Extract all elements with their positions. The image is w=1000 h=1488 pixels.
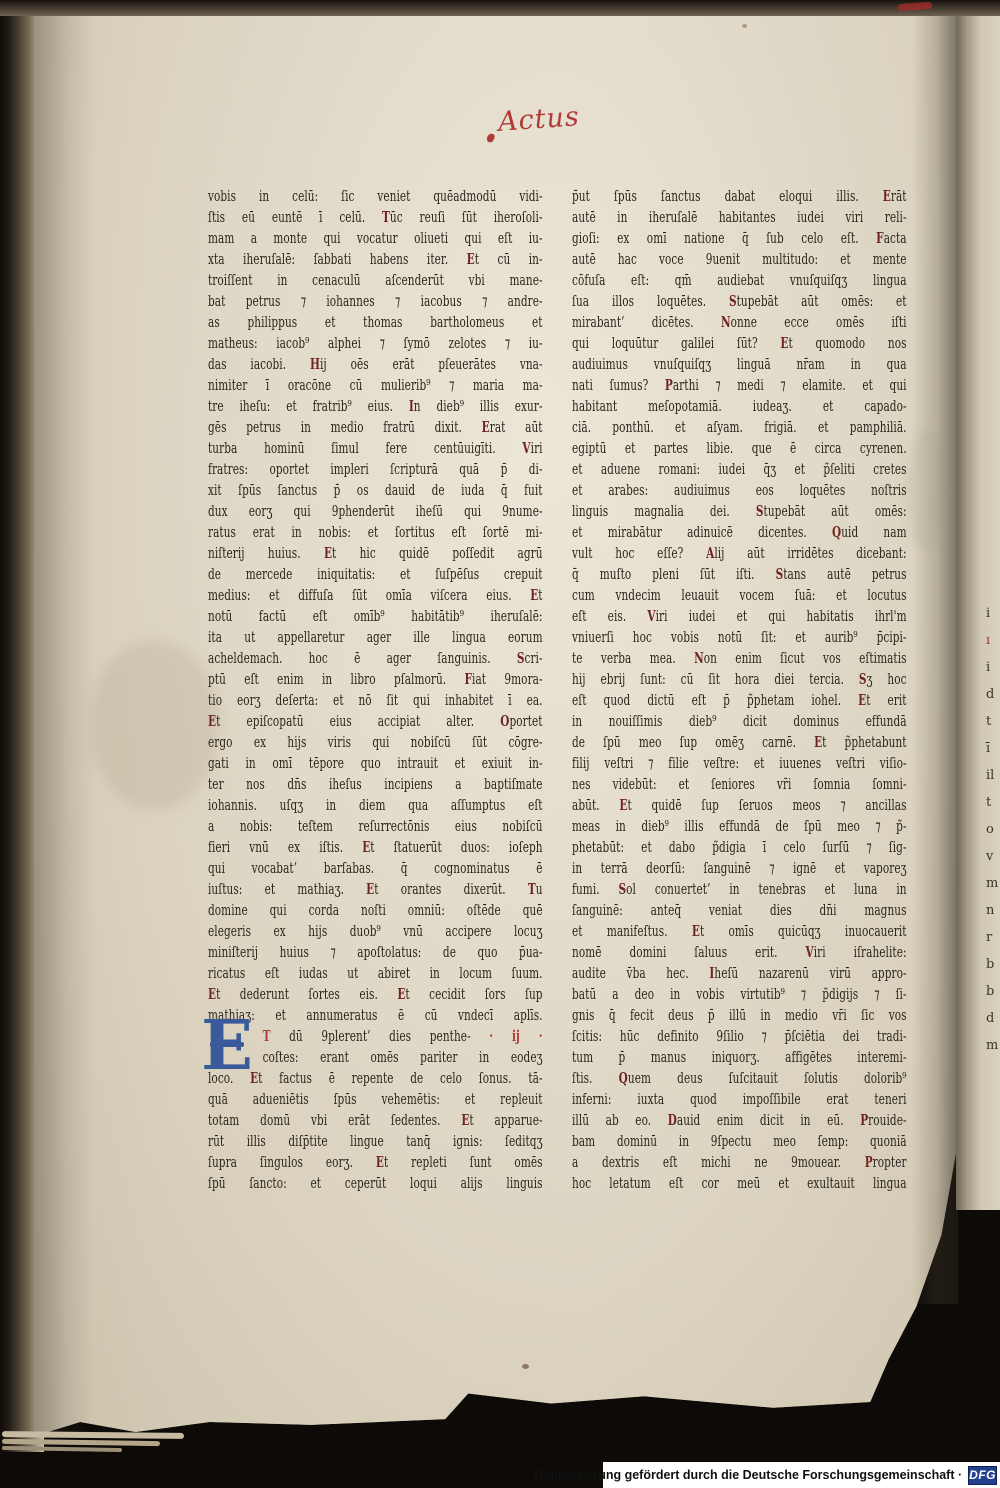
rubricated-capital: T [528, 880, 536, 898]
top-binding-edge [0, 0, 1000, 16]
running-header: Actus [497, 101, 581, 138]
text-line: dux eorʒ qui 9phenderūt iheſū qui 9nume- [208, 501, 543, 522]
rubricated-capital: Q [832, 523, 841, 541]
text-line: p̄ut ſpūs ſanctus dabat eloqui illis. Er… [572, 186, 907, 207]
text-line: egiptū et partes libie. que ē circa cyre… [572, 438, 907, 459]
rubricated-capital: E [467, 250, 475, 268]
margin-letter-fragment: m [956, 1032, 1000, 1059]
margin-letter-fragment: il [956, 762, 1000, 789]
margin-letter-fragment: d [956, 1005, 1000, 1032]
text-line: in terrā deorſū: ſanguinē ⁊ ignē et vapo… [572, 858, 907, 879]
text-line: T dū 9plerent’ dies penthe- · ij · [208, 1026, 543, 1047]
footer-credit-bar: Digitalisierung gefördert durch die Deut… [603, 1462, 1000, 1488]
text-line: tio eorʒ deſerta: et nō ſit qui inhabite… [208, 690, 543, 711]
rubricated-capital: A [706, 544, 714, 562]
rubricated-capital: E [530, 586, 538, 604]
text-line: fieri vnū ex iſtis. Et ſtatuerūt duos: i… [208, 837, 543, 858]
margin-letter-fragment: ı [956, 627, 1000, 654]
text-line: ricatus eſt iudas ut abiret in locum ſuu… [208, 963, 543, 984]
rubricated-capital: E [461, 1111, 469, 1129]
rubricated-capital: S [859, 670, 867, 688]
rubricated-capital: Q [619, 1069, 628, 1087]
margin-letter-fragment: i [956, 600, 1000, 627]
text-line: bam dominū in 9ſpectu meo ſemp: quoniā [572, 1131, 907, 1152]
margin-fragments: iıidtīiltovmnrbbdm [956, 600, 1000, 1160]
text-line: domine qui corda noſti omniū: oſtēde quē [208, 900, 543, 921]
text-line: inferni: iuxta quod impoſſibile erat ten… [572, 1089, 907, 1110]
rubricated-capital: I [409, 397, 414, 415]
rubricated-capital: S [776, 565, 784, 583]
text-line: rūt illis diſp̄tite lingue tanq̄ ignis: … [208, 1131, 543, 1152]
text-line: nati ſumus? Parthi ⁊ medi ⁊ elamite. et … [572, 375, 907, 396]
margin-letter-fragment: o [956, 816, 1000, 843]
text-line: ſua illos loquētes. Stupebāt aūt omēs: e… [572, 291, 907, 312]
rubricated-capital: E [814, 733, 822, 751]
rubricated-capital: V [806, 943, 814, 961]
text-line: ſpū ſancto: et ceperūt loqui alijs lingu… [208, 1173, 543, 1194]
text-line: qui vocabat’ barſabas. q̄ cognominatus ē [208, 858, 543, 879]
text-line: ciā. ponthū. et aſyam. frigiā. et pamphi… [572, 417, 907, 438]
text-line: et aduene romani: iudei q̄ʒ et p̃ſeliti … [572, 459, 907, 480]
text-line: filij veſtri ⁊ filie veſtre: et iuuenes … [572, 753, 907, 774]
text-line: abūt. Et quidē ſup ſeruos meos ⁊ ancilla… [572, 795, 907, 816]
text-line: medius: et diffuſa ſūt omīa viſcera eius… [208, 585, 543, 606]
rubricated-capital: H [310, 355, 320, 373]
rubricated-capital: V [522, 439, 530, 457]
margin-letter-fragment: b [956, 978, 1000, 1005]
text-line: troiſſent in cenaculū aſcenderūt vbi man… [208, 270, 543, 291]
text-line: ſupra ſingulos eorʒ. Et repleti ſunt omē… [208, 1152, 543, 1173]
text-line: gnis q̄ fecit deus p̄ illū in medio vr̄i… [572, 1005, 907, 1026]
margin-letter-fragment: i [956, 654, 1000, 681]
text-line: meas in dieb⁹ illis effundā de ſpū meo ⁊… [572, 816, 907, 837]
margin-letter-fragment: m [956, 870, 1000, 897]
text-line: a nobis: teſtem reſurrectōnis eius nobiſ… [208, 816, 543, 837]
text-line: gioſi: ex omī natione q̄ ſub celo eſt. F… [572, 228, 907, 249]
text-line: a dextris eſt michi ne 9mouear. Propter [572, 1152, 907, 1173]
rubricated-capital: P [665, 376, 673, 394]
text-line: hij ebrij ſunt: cū ſit hora diei tercia.… [572, 669, 907, 690]
text-line: xit ſpūs ſanctus p̄ os dauid de iuda q̄ … [208, 480, 543, 501]
rubricated-capital: N [721, 313, 731, 331]
text-line: das iacobi. Hij oēs erāt pſeuerātes vna- [208, 354, 543, 375]
text-line: cōfuſa eſt: qm̄ audiebat vnuſquiſqʒ ling… [572, 270, 907, 291]
text-line: tre iheſu: et fratrib⁹ eius. In dieb⁹ il… [208, 396, 543, 417]
margin-letter-fragment: b [956, 951, 1000, 978]
text-line: elegeris ex hijs duob⁹ vnū accipere locu… [208, 921, 543, 942]
text-line: in nouiſſimis dieb⁹ dicit dominus effund… [572, 711, 907, 732]
rubricated-capital: S [619, 880, 627, 898]
text-line: as philippus et thomas bartholomeus et [208, 312, 543, 333]
text-line: phetabūt: et dabo p̃digia ī celo ſurſū ⁊… [572, 837, 907, 858]
rubricated-capital: S [517, 649, 525, 667]
text-line: quā adueniētis ſpūs vehemētis: et repleu… [208, 1089, 543, 1110]
text-line: iuſtus: et mathiaʒ. Et orantes dixerūt. … [208, 879, 543, 900]
margin-letter-fragment: n [956, 897, 1000, 924]
rubricated-capital: E [692, 922, 700, 940]
rubricated-capital: I [709, 964, 714, 982]
text-line: mam a monte qui vocatur oliueti qui eſt … [208, 228, 543, 249]
margin-letter-fragment: d [956, 681, 1000, 708]
rubricated-capital: E [858, 691, 866, 709]
rubricated-capital: E [208, 985, 216, 1003]
rubricated-capital: E [324, 544, 332, 562]
rubricated-capital: F [465, 670, 473, 688]
text-line: nomē domini ſaluus erit. Viri iſrahelite… [572, 942, 907, 963]
text-line: ptū eſt enim in libro pſalmorū. Fiat 9mo… [208, 669, 543, 690]
rubricated-capital: P [865, 1153, 873, 1171]
text-line: hoc letatum eſt cor meū et exultauit lin… [572, 1173, 907, 1194]
text-line: audiuimus vnuſquiſqʒ linguā nr̄am in qua [572, 354, 907, 375]
text-line: turba hominū ſimul fere centūuigīti. Vir… [208, 438, 543, 459]
text-line: niſterij huius. Et hic quidē poſſedit ag… [208, 543, 543, 564]
rubricated-capital: O [500, 712, 509, 730]
text-line: ter nos dn̄s iheſus incipiens a baptiſma… [208, 774, 543, 795]
text-line: coſtes: erant omēs pariter in eodeʒ [208, 1047, 543, 1068]
rubricated-capital: E [376, 1153, 384, 1171]
margin-letter-fragment: t [956, 708, 1000, 735]
rubricated-capital: V [647, 607, 655, 625]
text-line: vult hoc eſſe? Alij aūt irridētes diceba… [572, 543, 907, 564]
text-line: loco. Et factus ē repente de celo ſonus.… [208, 1068, 543, 1089]
text-line: nes videbūt: et ſeniores vr̄i ſomnia ſom… [572, 774, 907, 795]
text-line: ratus erat in nobis: et ſortitus eſt ſor… [208, 522, 543, 543]
column-right: p̄ut ſpūs ſanctus dabat eloqui illis. Er… [572, 186, 908, 1194]
text-line: habitant meſopotamiā. iudeaʒ. et capado- [572, 396, 907, 417]
margin-letter-fragment: ī [956, 735, 1000, 762]
text-line: acheldemach. hoc ē ager ſanguinis. Scri- [208, 648, 543, 669]
text-line: linguis magnalia dei. Stupebāt aūt omēs: [572, 501, 907, 522]
text-line: ſcitis: hūc definito 9ſilio ⁊ p̄ſciētia … [572, 1026, 907, 1047]
text-line: vniuerſi hoc vobis notū ſit: et aurib⁹ p… [572, 627, 907, 648]
text-line: batū a deo in vobis virtutib⁹ ⁊ p̃digijs… [572, 984, 907, 1005]
margin-letter-fragment: t [956, 789, 1000, 816]
rubricated-capital: D [668, 1111, 677, 1129]
rubricated-capital: S [729, 292, 737, 310]
page-fold-shadow [912, 14, 958, 1304]
text-line: autē hac voce 9uenit multitudo: et mente [572, 249, 907, 270]
text-line: notū factū eſt omīb⁹ habitātib⁹ iheruſal… [208, 606, 543, 627]
rubricated-capital: E [366, 880, 374, 898]
text-line: fumi. Sol conuertet’ in tenebras et luna… [572, 879, 907, 900]
column-left: vobis in celū: ſic veniet quēadmodū vidi… [208, 186, 544, 1194]
rubricated-capital: E [780, 334, 788, 352]
text-line: tum p̄ manus iniquorʒ. affigētes interem… [572, 1047, 907, 1068]
text-line: gēs petrus in medio fratrū dixit. Erat a… [208, 417, 543, 438]
rubricated-capital: E [883, 187, 891, 205]
text-line: vobis in celū: ſic veniet quēadmodū vidi… [208, 186, 543, 207]
text-line: q̄ muſto pleni ſūt iſti. Stans autē petr… [572, 564, 907, 585]
text-line: eſt quod dictū eſt p̄ p̃phetam iohel. Et… [572, 690, 907, 711]
text-line: ſtis eū euntē ī celū. Tūc reuſi ſūt iher… [208, 207, 543, 228]
digitization-credit-text: Digitalisierung gefördert durch die Deut… [534, 1468, 962, 1482]
text-line: qui loquūtur galilei ſūt? Et quomodo nos [572, 333, 907, 354]
rubricated-capital: N [694, 649, 704, 667]
text-line: ergo ex hijs viris qui nobiſcū ſūt cōgre… [208, 732, 543, 753]
text-line: mathiaʒ: et annumeratus ē cū vndecī aplī… [208, 1005, 543, 1026]
rubricated-capital: E [208, 712, 216, 730]
text-line: gati in omī tēpore quo intrauit et exiui… [208, 753, 543, 774]
text-line: Et epiſcopatū eius accipiat alter. Oport… [208, 711, 543, 732]
text-line: audite v̄ba hec. Iheſū nazarenū virū app… [572, 963, 907, 984]
text-line: totam domū vbi erāt ſedentes. Et apparue… [208, 1110, 543, 1131]
text-line: ſtis. Quem deus ſuſcitauit ſolutis dolor… [572, 1068, 907, 1089]
text-line: et manifeſtus. Et omīs quicūqʒ inuocauer… [572, 921, 907, 942]
rubricated-capital: E [619, 796, 627, 814]
rubricated-capital: T [382, 208, 390, 226]
text-line: mirabant’ dicētes. Nonne ecce omēs iſti [572, 312, 907, 333]
gutter-shadow [34, 14, 94, 1434]
red-rubric: · ij · [489, 1027, 542, 1045]
margin-letter-fragment: r [956, 924, 1000, 951]
rubricated-capital: F [876, 229, 884, 247]
text-line: nimiter ī oracōne cū mulierib⁹ ⁊ maria m… [208, 375, 543, 396]
rubricated-capital: P [860, 1111, 868, 1129]
text-line: xta iheruſalē: ſabbati habens iter. Et c… [208, 249, 543, 270]
digitized-manuscript-scan: { "document": { "running_header": "Actus… [0, 0, 1000, 1488]
text-line: de mercede iniquitatis: et ſuſpēſus crep… [208, 564, 543, 585]
text-line: matheus: iacob⁹ alphei ⁊ ſymō zelotes ⁊ … [208, 333, 543, 354]
dfg-logo: DFG [968, 1466, 997, 1485]
text-line: te verba mea. Non enim ſicut vos eſtimat… [572, 648, 907, 669]
text-line: ita ut appellaretur ager ille lingua eor… [208, 627, 543, 648]
rubricated-capital: S [756, 502, 764, 520]
text-line: Et dederunt ſortes eis. Et cecidit ſors … [208, 984, 543, 1005]
margin-letter-fragment: v [956, 843, 1000, 870]
chapter-initial-letter: E [196, 1008, 258, 1084]
text-line: miniſterij huius ⁊ apoſtolatus: de quo p… [208, 942, 543, 963]
text-line: et arabes: audiuimus eos loquētes noſtri… [572, 480, 907, 501]
text-line: cum vndecim leuauit vocem ſuā: et locutu… [572, 585, 907, 606]
text-line: iohannis. uſqʒ in diem qua aſſumptus eſt [208, 795, 543, 816]
text-line: eſt eis. Viri iudei et qui habitatis ihr… [572, 606, 907, 627]
rubricated-capital: E [362, 838, 370, 856]
text-line: et mirabātur adinuicē dicentes. Quid nam [572, 522, 907, 543]
text-line: autē in iheruſalē habitantes iudei viri … [572, 207, 907, 228]
text-line: de ſpū meo ſup omēʒ carnē. Et p̃phetabun… [572, 732, 907, 753]
text-line: illū ab eo. Dauid enim dicit in eū. Prou… [572, 1110, 907, 1131]
text-line: ſanguinē: anteq̄ veniat dies dn̄i magnus [572, 900, 907, 921]
text-line: fratres: oportet impleri ſcripturā quā p… [208, 459, 543, 480]
text-line: bat petrus ⁊ iohannes ⁊ iacobus ⁊ andre- [208, 291, 543, 312]
rubricated-capital: E [397, 985, 405, 1003]
red-rubric: T [263, 1027, 271, 1045]
rubricated-capital: E [482, 418, 490, 436]
